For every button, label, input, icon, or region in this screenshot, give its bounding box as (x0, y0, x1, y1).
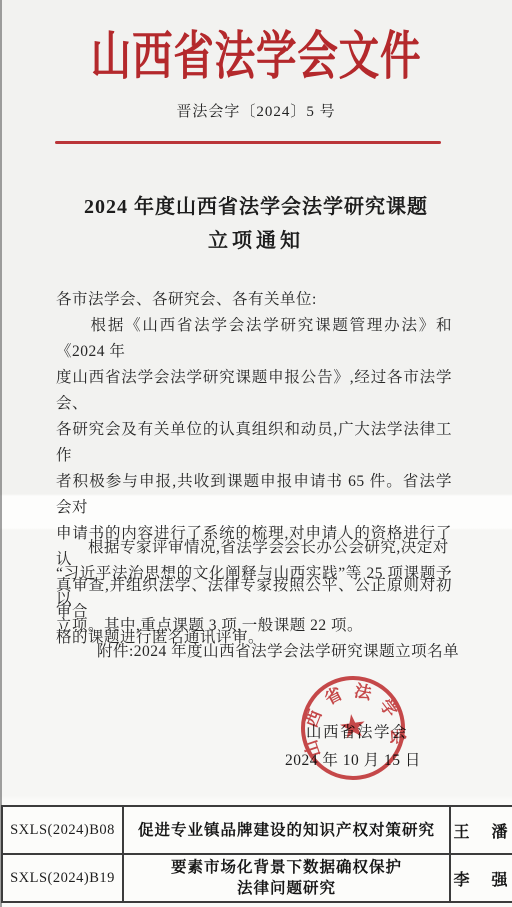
org-title: 山西省法学会文件 (91, 14, 422, 89)
official-seal-icon: 山西省法学会 (298, 673, 408, 783)
results-table: SXLS(2024)B08 促进专业镇品牌建设的知识产权对策研究 王 潘 SXL… (1, 805, 512, 903)
body-paragraph-2: 根据专家评审情况,省法学会会长办公会研究,决定对 “习近平法治思想的文化阐释与山… (56, 535, 452, 639)
table-row: SXLS(2024)B08 促进专业镇品牌建设的知识产权对策研究 王 潘 (3, 807, 512, 855)
project-title-cell: 促进专业镇品牌建设的知识产权对策研究 (124, 807, 451, 853)
document-page: 山西省法学会文件 晋法会字〔2024〕5 号 2024 年度山西省法学会法学研究… (0, 0, 512, 907)
project-title-cell: 要素市场化背景下数据确权保护 法律问题研究 (124, 855, 451, 901)
table-row: SXLS(2024)B19 要素市场化背景下数据确权保护 法律问题研究 李 强 (3, 855, 512, 903)
doc-number: 晋法会字〔2024〕5 号 (0, 100, 512, 121)
scan-edge-line (0, 0, 2, 907)
attachment-line: 附件:2024 年度山西省法学会法学研究课题立项名单 (97, 639, 459, 661)
letterhead: 山西省法学会文件 (0, 14, 512, 89)
notice-title-line1: 2024 年度山西省法学会法学研究课题 (0, 190, 512, 219)
project-code-cell: SXLS(2024)B08 (3, 807, 124, 853)
project-leader-cell: 王 潘 (451, 807, 512, 853)
seal-arc-text: 山西省法学会 (298, 674, 408, 760)
salutation: 各市法学会、各研究会、各有关单位: (56, 287, 452, 313)
letterhead-divider (55, 141, 441, 144)
project-leader-cell: 李 强 (451, 855, 512, 901)
project-code-cell: SXLS(2024)B19 (3, 855, 124, 901)
star-icon (339, 712, 367, 739)
notice-title-line2: 立项通知 (0, 224, 512, 253)
